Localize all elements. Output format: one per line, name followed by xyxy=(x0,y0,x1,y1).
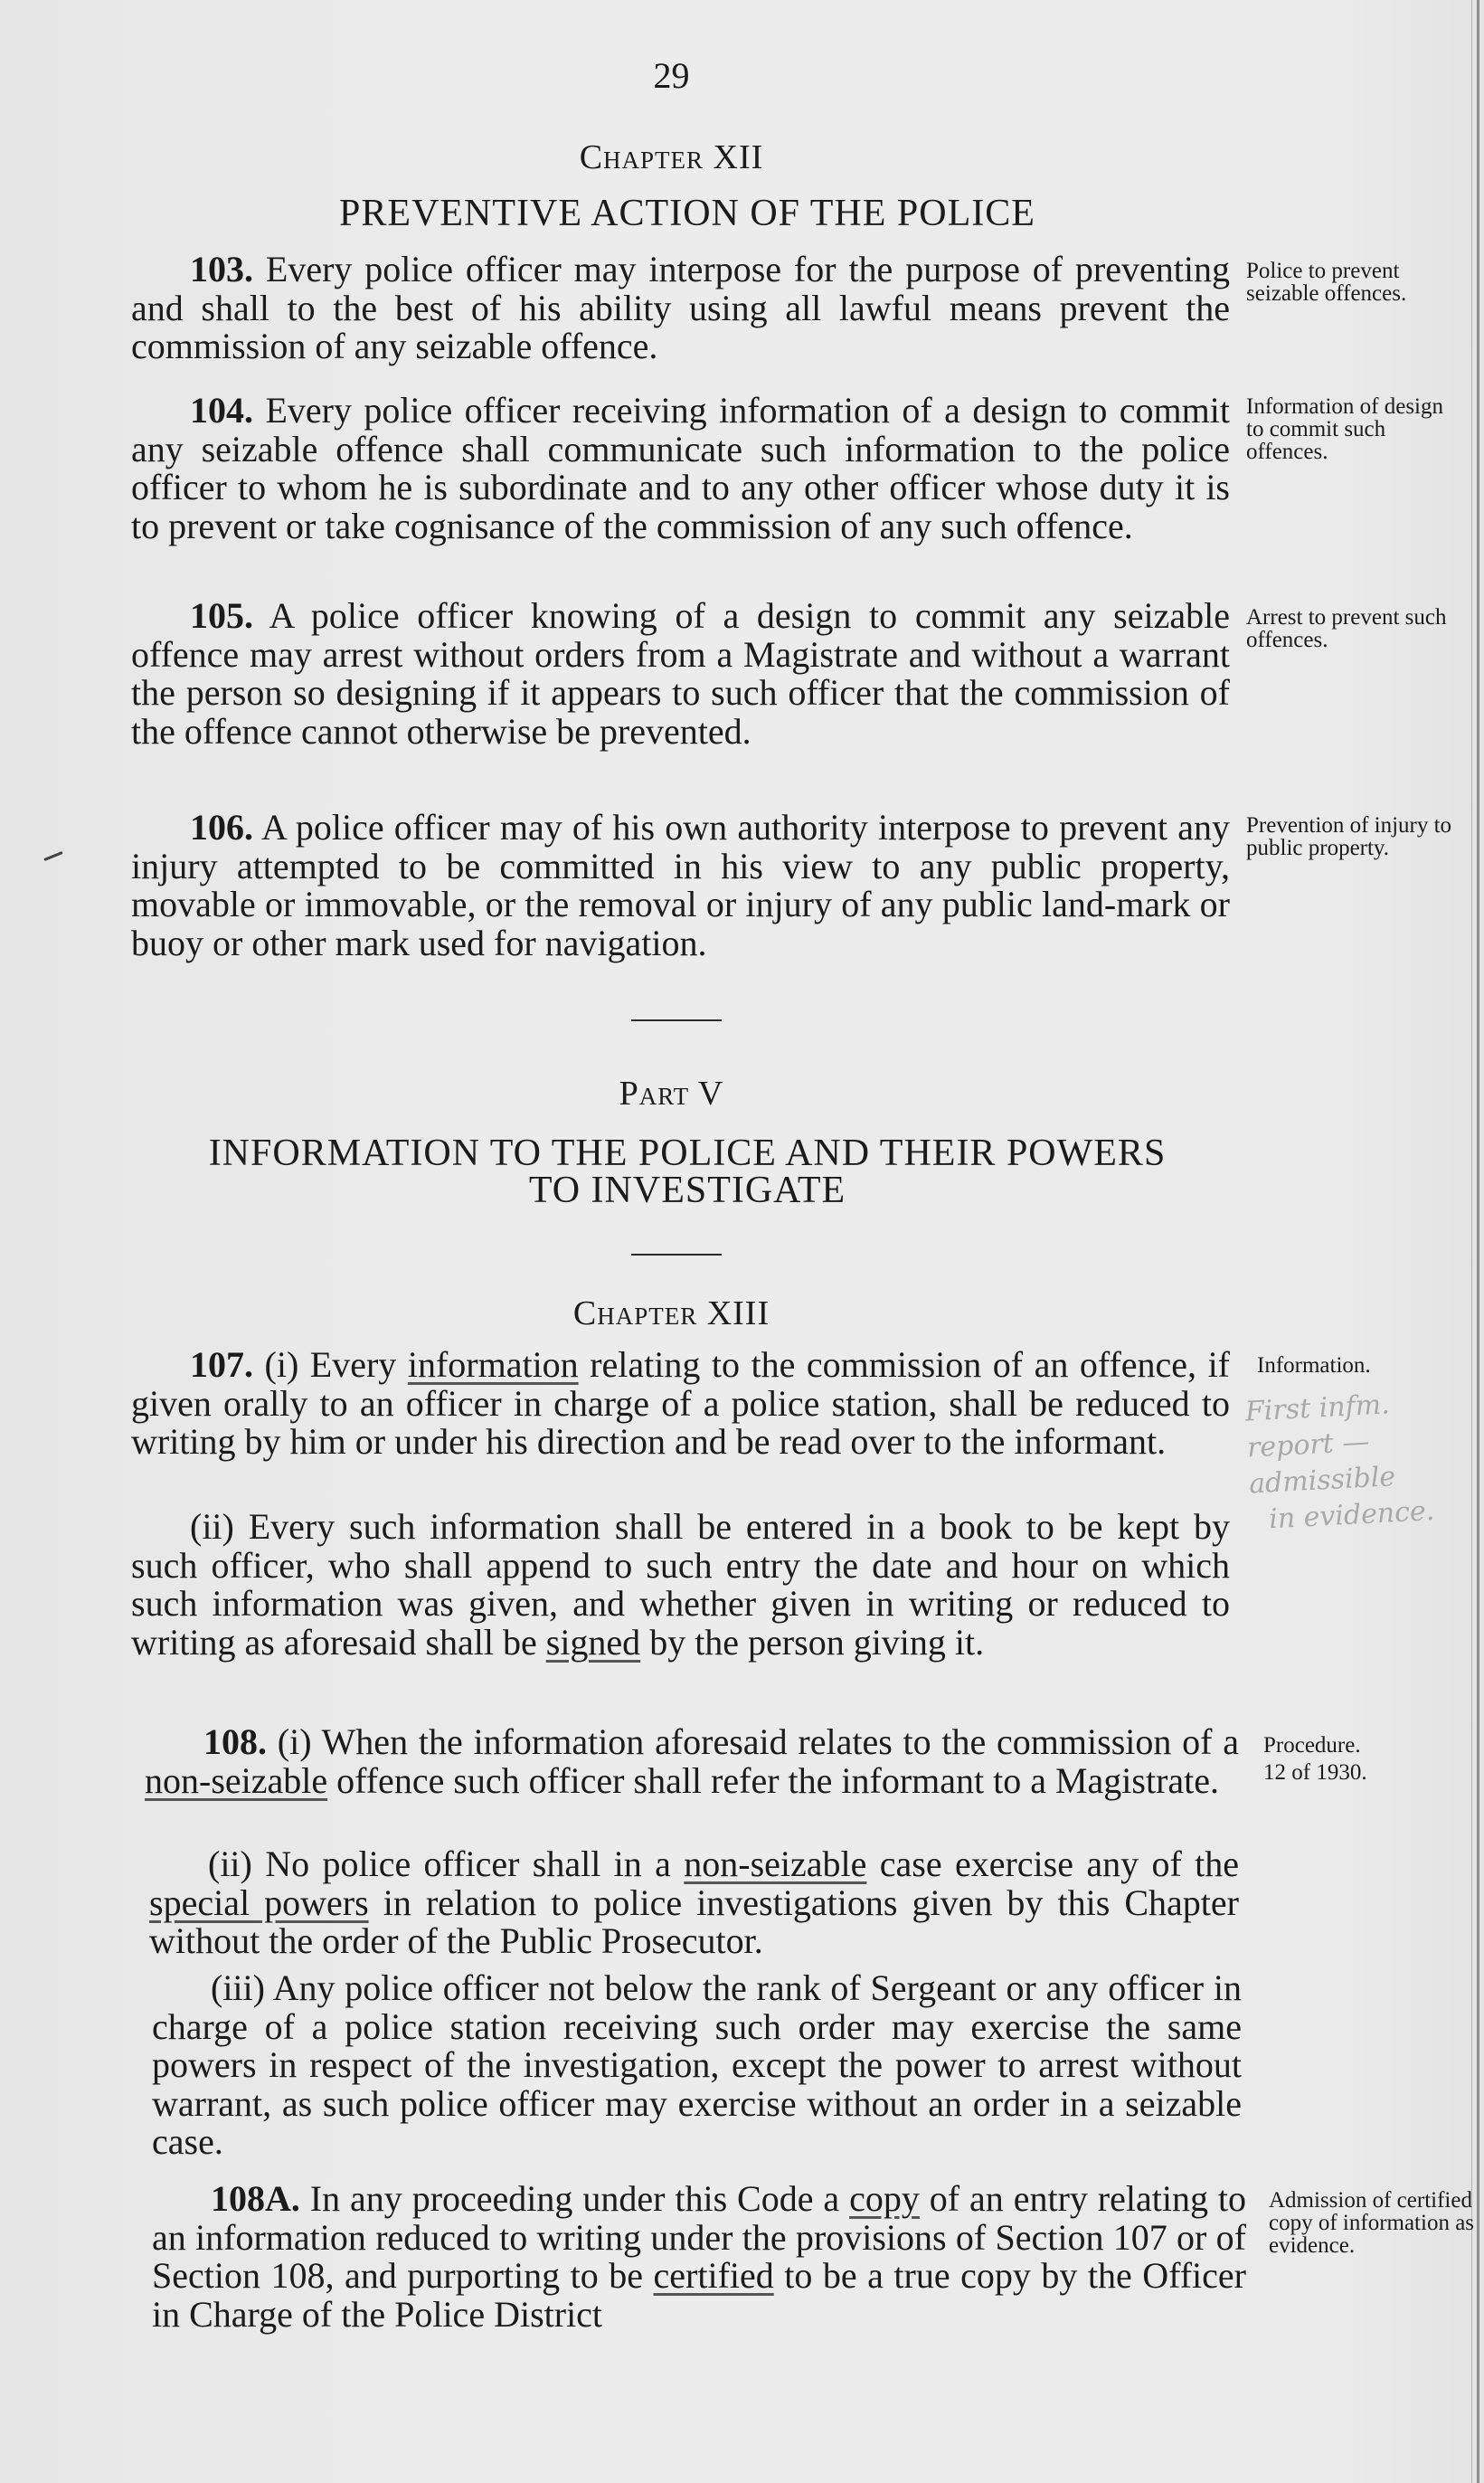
part-v-title-line2: TO INVESTIGATE xyxy=(127,1171,1248,1209)
section-text: Every police officer receiving informati… xyxy=(131,390,1230,546)
underlined-word: special powers xyxy=(149,1882,369,1923)
margin-note-104: Information of design to commit such off… xyxy=(1246,395,1454,463)
section-divider xyxy=(631,1254,722,1256)
section-106: 106. A police officer may of his own aut… xyxy=(131,809,1230,962)
section-text: by the person giving it. xyxy=(640,1622,984,1663)
section-text: A police officer may of his own authorit… xyxy=(131,807,1230,963)
section-107-i: 107. (i) Every information relating to t… xyxy=(131,1346,1230,1462)
part-v-title-line1: INFORMATION TO THE POLICE AND THEIR POWE… xyxy=(127,1134,1248,1172)
section-105: 105. A police officer knowing of a desig… xyxy=(131,597,1230,751)
section-text: case exercise any of the xyxy=(866,1843,1239,1884)
underlined-word: copy xyxy=(849,2178,920,2219)
section-number: 106. xyxy=(190,807,253,848)
pencil-mark xyxy=(43,851,63,861)
section-108-iii: (iii) Any police officer not below the r… xyxy=(152,1969,1242,2162)
handwritten-annotation: First infm. report — admissible in evide… xyxy=(1244,1383,1478,1540)
section-text: offence such officer shall refer the inf… xyxy=(327,1760,1219,1801)
margin-note-105: Arrest to prevent such offences. xyxy=(1246,606,1454,651)
section-108-i: 108. (i) When the information aforesaid … xyxy=(145,1723,1239,1800)
section-text: A police officer knowing of a design to … xyxy=(131,595,1230,752)
part-v-heading: Part V xyxy=(0,1074,1343,1114)
section-103: 103. Every police officer may interpose … xyxy=(131,251,1230,366)
section-text: Every police officer may interpose for t… xyxy=(131,249,1230,366)
section-108a: 108A. In any proceeding under this Code … xyxy=(152,2180,1246,2334)
chapter-xiii-heading: Chapter XIII xyxy=(0,1294,1343,1333)
margin-note-108a: Admission of certified copy of informati… xyxy=(1269,2189,1477,2257)
underlined-word: certified xyxy=(654,2255,774,2296)
chapter-xii-heading: Chapter XII xyxy=(0,137,1343,177)
section-divider xyxy=(631,1019,722,1021)
margin-note-106: Prevention of injury to public property. xyxy=(1246,814,1454,859)
section-text: (ii) No police officer shall in a xyxy=(208,1843,684,1884)
underlined-word: non-seizable xyxy=(684,1843,866,1884)
page-number: 29 xyxy=(0,54,1343,97)
section-number: 104. xyxy=(190,390,253,431)
underlined-word: signed xyxy=(546,1622,640,1663)
section-text: (i) When the information aforesaid relat… xyxy=(267,1721,1239,1762)
page-edge xyxy=(1477,0,1479,2483)
underlined-word: non-seizable xyxy=(145,1760,327,1801)
section-text: (i) Every xyxy=(253,1344,408,1385)
section-number: 107. xyxy=(190,1344,253,1385)
margin-note-103: Police to prevent seizable offences. xyxy=(1246,260,1454,305)
margin-note-108-act-reference: 12 of 1930. xyxy=(1263,1761,1471,1784)
section-104: 104. Every police officer receiving info… xyxy=(131,392,1230,545)
section-number: 108A. xyxy=(211,2178,300,2219)
section-number: 105. xyxy=(190,595,253,636)
section-107-ii: (ii) Every such information shall be ent… xyxy=(131,1508,1230,1662)
margin-note-107: Information. xyxy=(1257,1354,1465,1377)
underlined-word: information xyxy=(408,1344,579,1385)
section-108-ii: (ii) No police officer shall in a non-se… xyxy=(149,1845,1239,1961)
section-number: 108. xyxy=(203,1721,267,1762)
chapter-xii-title: PREVENTIVE ACTION OF THE POLICE xyxy=(127,194,1248,232)
page-fold-line xyxy=(1471,0,1472,2483)
scanned-page: 29 Chapter XII PREVENTIVE ACTION OF THE … xyxy=(0,0,1484,2483)
section-number: 103. xyxy=(190,249,253,289)
section-text: In any proceeding under this Code a xyxy=(300,2178,849,2219)
margin-note-108-procedure: Procedure. xyxy=(1263,1734,1471,1757)
